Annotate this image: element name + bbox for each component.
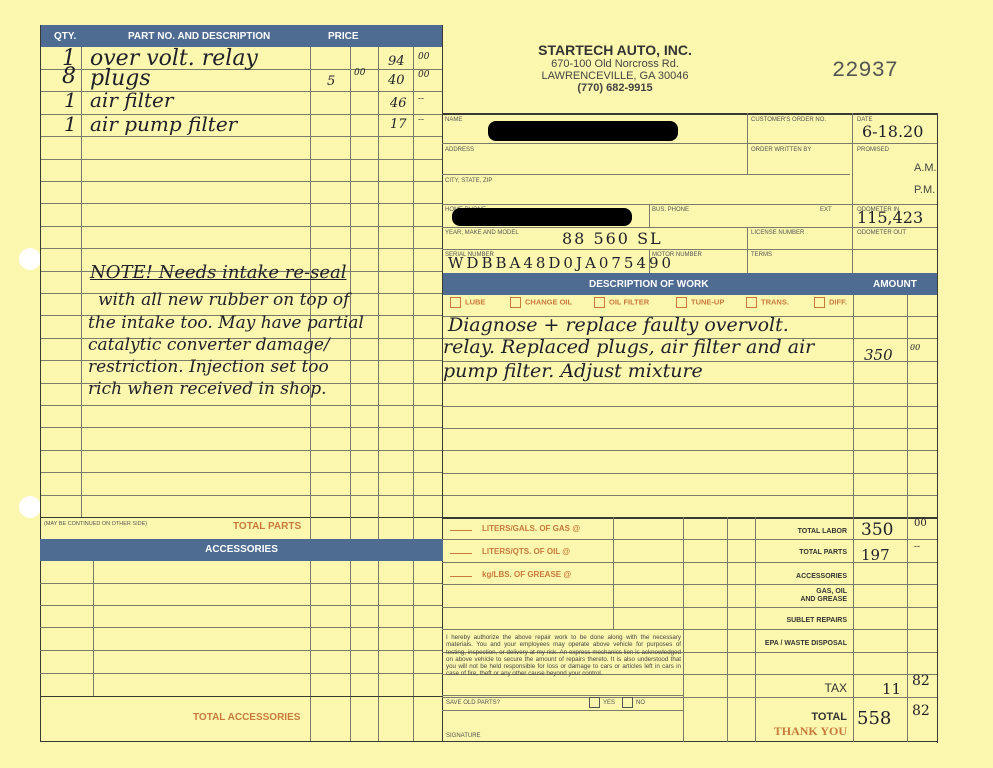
checkbox-icon	[510, 297, 521, 308]
grid-line	[40, 450, 442, 451]
grid-line	[747, 227, 748, 273]
address-label: ADDRESS	[445, 147, 474, 153]
year-make-model-label: YEAR, MAKE AND MODEL	[445, 230, 519, 236]
part-qty: 8	[62, 64, 76, 89]
name-label: NAME	[445, 117, 462, 123]
grid-line	[40, 136, 442, 137]
pm-label: P.M.	[914, 184, 935, 196]
grid-line	[413, 561, 414, 741]
border-line	[40, 741, 938, 742]
checkbox-icon	[589, 697, 600, 708]
grid-line	[378, 517, 379, 539]
accessories-sum-label: ACCESSORIES	[755, 573, 847, 581]
grid-line	[443, 473, 937, 474]
grid-line	[378, 47, 379, 517]
checkbox-icon	[676, 297, 687, 308]
checkbox-trans[interactable]: TRANS.	[746, 297, 789, 308]
fluid-gas: LITERS/GALS. OF GAS @	[450, 524, 580, 533]
invoice-number: 22937	[832, 58, 898, 83]
city-label: CITY, STATE, ZIP	[445, 178, 492, 184]
save-old-parts-label: SAVE OLD PARTS?	[446, 700, 500, 706]
total-parts-sum-label: TOTAL PARTS	[755, 549, 847, 557]
total-labor-cents: 00	[914, 518, 927, 529]
grid-line	[40, 627, 442, 628]
part-qty: 1	[64, 88, 77, 112]
grid-line	[413, 47, 414, 517]
checkbox-icon	[746, 297, 757, 308]
tax-cents: 82	[912, 673, 930, 689]
gas-oil-grease-label: GAS, OIL AND GREASE	[800, 588, 847, 604]
grid-line	[442, 249, 937, 250]
checkbox-diff[interactable]: DIFF.	[814, 297, 847, 308]
accessories-header-bar: ACCESSORIES	[40, 539, 443, 561]
accessories-header: ACCESSORIES	[205, 544, 278, 555]
grid-line	[853, 295, 854, 517]
total-parts-cents: --	[914, 542, 920, 552]
grid-line	[350, 561, 351, 741]
save-old-parts-yes[interactable]: YES	[589, 697, 615, 708]
border-line	[40, 25, 41, 742]
note-line: restriction. Injection set too	[88, 357, 329, 377]
date-value: 6-18.20	[862, 122, 923, 141]
grid-line	[613, 517, 614, 629]
am-label: A.M.	[914, 162, 937, 174]
grid-line	[442, 174, 850, 175]
work-amount-cents: 00	[910, 343, 920, 352]
part-qty: 1	[64, 112, 77, 136]
grid-line	[443, 428, 937, 429]
grid-line	[40, 181, 442, 182]
part-amount: 46	[390, 96, 407, 111]
grid-line	[442, 629, 937, 630]
part-cents: 00	[418, 70, 429, 80]
grid-line	[853, 517, 854, 742]
total-accessories-label: TOTAL ACCESSORIES	[193, 712, 300, 723]
grid-line	[40, 650, 442, 651]
part-amount: 40	[388, 73, 405, 88]
grid-line	[40, 203, 442, 204]
shop-phone: (770) 682-9915	[500, 82, 730, 94]
license-label: LICENSE NUMBER	[751, 230, 804, 236]
border-line	[442, 113, 938, 115]
border-line	[40, 696, 443, 697]
part-description: air filter	[90, 88, 173, 112]
shop-address2: LAWRENCEVILLE, GA 30046	[500, 70, 730, 82]
grid-line	[40, 226, 442, 227]
fluid-oil: LITERS/QTS. OF OIL @	[450, 547, 570, 556]
part-cents: --	[418, 115, 424, 125]
grid-line	[310, 561, 311, 741]
checkbox-icon	[814, 297, 825, 308]
grid-line	[40, 583, 442, 584]
grid-line	[40, 248, 442, 249]
serial-value: WDBBA48D0JA075490	[448, 254, 674, 272]
border-line	[442, 517, 938, 519]
grid-line	[852, 113, 853, 273]
grid-line	[747, 113, 748, 174]
work-line: relay. Replaced plugs, air filter and ai…	[443, 336, 814, 358]
customer-order-label: CUSTOMER'S ORDER NO.	[751, 117, 826, 123]
qty-header: QTY.	[54, 31, 76, 42]
grid-line	[413, 517, 414, 539]
grid-line	[442, 204, 937, 205]
sublet-repairs-label: SUBLET REPAIRS	[755, 617, 847, 625]
part-amount: 94	[388, 54, 405, 69]
year-make-model-value: 88 560 SL	[562, 229, 663, 248]
part-amount: 17	[390, 117, 407, 132]
grid-line	[310, 517, 311, 539]
tax-amount: 11	[882, 680, 901, 698]
grid-line	[442, 607, 937, 608]
motor-label: MOTOR NUMBER	[652, 252, 702, 258]
grid-line	[907, 295, 908, 517]
note-line: NOTE! Needs intake re-seal	[90, 262, 346, 283]
order-written-label: ORDER WRITTEN BY	[751, 147, 811, 153]
work-line: Diagnose + replace faulty overvolt.	[448, 314, 789, 336]
grid-line	[442, 143, 937, 144]
grid-line	[443, 450, 937, 451]
note-line: catalytic converter damage/	[88, 335, 330, 355]
grid-line	[443, 383, 937, 384]
save-old-parts-no[interactable]: NO	[622, 697, 645, 708]
grid-line	[40, 605, 442, 606]
grid-line	[727, 517, 728, 742]
part-cents: --	[418, 94, 424, 104]
fluid-grease: kg/LBS. OF GREASE @	[450, 570, 571, 579]
grid-line	[81, 47, 82, 517]
border-line	[937, 113, 938, 743]
terms-label: TERMS	[751, 252, 772, 258]
continued-note: (MAY BE CONTINUED ON OTHER SIDE)	[44, 521, 147, 527]
part-unit-cents: 00	[354, 68, 365, 78]
grand-total-label: TOTAL	[755, 711, 847, 723]
ext-label: EXT	[820, 207, 832, 213]
grid-line	[907, 517, 908, 742]
checkbox-oil-filter[interactable]: OIL FILTER	[594, 297, 649, 308]
work-amount: 350	[864, 346, 893, 364]
checkbox-lube[interactable]: LUBE	[450, 297, 485, 308]
grid-line	[93, 561, 94, 697]
grid-line	[442, 227, 937, 228]
part-cents: 00	[418, 52, 429, 62]
redacted-phone	[452, 208, 632, 226]
binder-hole	[19, 496, 41, 518]
grand-total-cents: 82	[912, 703, 930, 719]
checkbox-change-oil[interactable]: CHANGE OIL	[510, 297, 572, 308]
description-header: PART NO. AND DESCRIPTION	[128, 31, 270, 42]
grid-line	[40, 405, 442, 406]
note-line: the intake too. May have partial	[88, 313, 364, 333]
grid-line	[378, 561, 379, 741]
work-line: pump filter. Adjust mixture	[443, 360, 703, 382]
total-parts-label: TOTAL PARTS	[233, 521, 301, 532]
border-line	[40, 517, 443, 518]
total-parts-amount: 197	[861, 546, 890, 564]
checkbox-icon	[622, 697, 633, 708]
odometer-in-value: 115,423	[857, 208, 923, 227]
authorization-text: I hereby authorize the above repair work…	[446, 634, 681, 678]
price-header: PRICE	[328, 31, 359, 42]
checkbox-icon	[594, 297, 605, 308]
grid-line	[442, 584, 937, 585]
grid-line	[649, 204, 650, 227]
work-checkboxes: LUBE CHANGE OIL OIL FILTER TUNE-UP TRANS…	[450, 297, 850, 311]
grid-line	[40, 159, 442, 160]
signature-label: SIGNATURE	[446, 733, 481, 739]
grid-line	[443, 406, 937, 407]
grid-line	[683, 517, 684, 742]
shop-address1: 670-100 Old Norcross Rd.	[500, 58, 730, 70]
bus-phone-label: BUS. PHONE	[652, 207, 689, 213]
tax-label: TAX	[755, 681, 847, 695]
odometer-out-label: ODOMETER OUT	[857, 230, 906, 236]
grid-line	[442, 695, 683, 696]
work-header-bar: DESCRIPTION OF WORK AMOUNT	[443, 273, 937, 295]
grid-line	[40, 427, 442, 428]
shop-name: STARTECH AUTO, INC.	[500, 42, 730, 58]
amount-header: AMOUNT	[873, 279, 917, 290]
note-line: with all new rubber on top of	[98, 290, 349, 310]
part-unit-price: 5	[327, 74, 335, 89]
epa-label: EPA / WASTE DISPOSAL	[755, 640, 847, 648]
checkbox-icon	[450, 297, 461, 308]
grid-line	[350, 517, 351, 539]
grid-line	[350, 47, 351, 517]
work-header: DESCRIPTION OF WORK	[589, 279, 708, 290]
promised-label: PROMISED	[857, 147, 889, 153]
note-line: rich when received in shop.	[88, 379, 327, 399]
grid-line	[443, 495, 937, 496]
grid-line	[40, 472, 442, 473]
redacted-name	[488, 121, 678, 141]
checkbox-tune-up[interactable]: TUNE-UP	[676, 297, 724, 308]
grid-line	[40, 495, 442, 496]
total-labor-label: TOTAL LABOR	[755, 528, 847, 536]
binder-hole	[19, 248, 41, 270]
signature-field[interactable]	[443, 711, 682, 733]
parts-header-bar: QTY. PART NO. AND DESCRIPTION PRICE	[40, 25, 443, 47]
grid-line	[442, 697, 937, 698]
part-description: air pump filter	[90, 112, 237, 136]
grid-line	[40, 673, 442, 674]
thank-you-label: THANK YOU	[755, 724, 847, 739]
total-labor-amount: 350	[861, 520, 893, 540]
grand-total-amount: 558	[857, 708, 891, 729]
shop-header: STARTECH AUTO, INC. 670-100 Old Norcross…	[500, 42, 730, 94]
